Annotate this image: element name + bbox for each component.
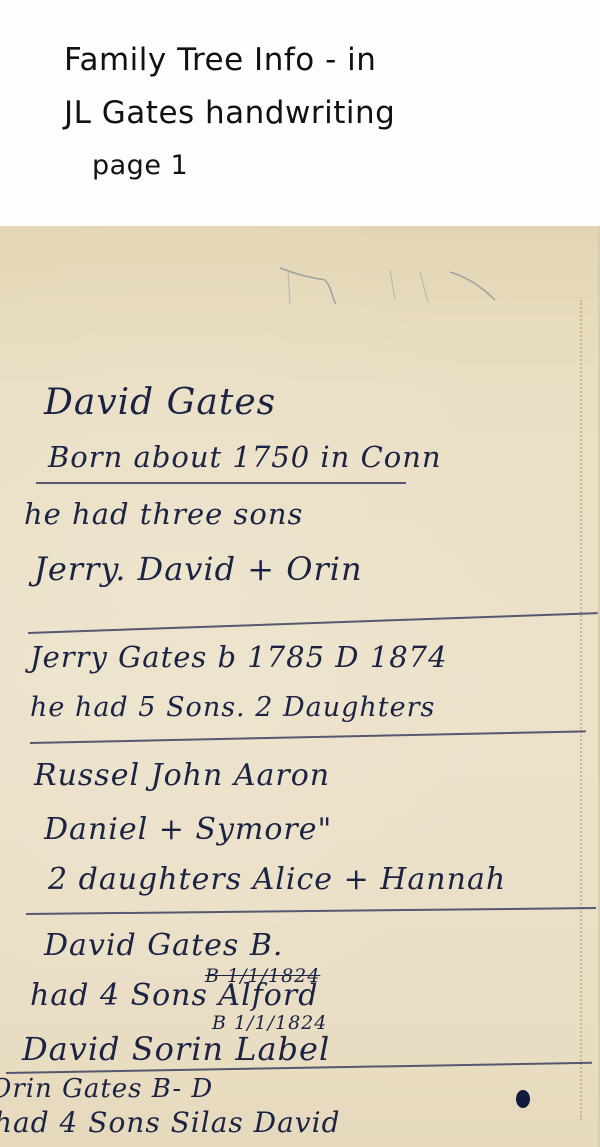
entry4-sons: had 4 Sons Alford bbox=[30, 978, 318, 1013]
entry2-name-dates: Jerry Gates b 1785 D 1874 bbox=[30, 640, 448, 674]
entry3-daughters: 2 daughters Alice + Hannah bbox=[48, 862, 506, 897]
ink-blot bbox=[516, 1090, 530, 1108]
entry5-name: Orin Gates B- D bbox=[0, 1074, 213, 1104]
fold-crease bbox=[580, 300, 582, 1120]
entry4-name: David Gates B. bbox=[44, 928, 283, 963]
entry1-birth: Born about 1750 in Conn bbox=[48, 440, 442, 474]
entry1-name: David Gates bbox=[44, 382, 276, 423]
label-page-number: page 1 bbox=[92, 150, 188, 181]
entry4-sons-continued: David Sorin Label bbox=[22, 1030, 330, 1068]
label-subtitle: JL Gates handwriting bbox=[64, 95, 395, 131]
entry1-children: Jerry. David + Orin bbox=[34, 550, 363, 588]
underline bbox=[36, 482, 406, 484]
label-title: Family Tree Info - in bbox=[64, 42, 376, 78]
entry2-children-note: he had 5 Sons. 2 Daughters bbox=[30, 692, 435, 723]
label-card: Family Tree Info - in JL Gates handwriti… bbox=[0, 0, 600, 226]
entry1-children-note: he had three sons bbox=[24, 497, 303, 531]
entry3-sons-line2: Daniel + Symore" bbox=[44, 812, 332, 847]
entry5-sons: had 4 Sons Silas David bbox=[0, 1106, 341, 1139]
entry3-sons-line1: Russel John Aaron bbox=[34, 758, 330, 793]
pencil-scribble-icon bbox=[270, 260, 510, 310]
